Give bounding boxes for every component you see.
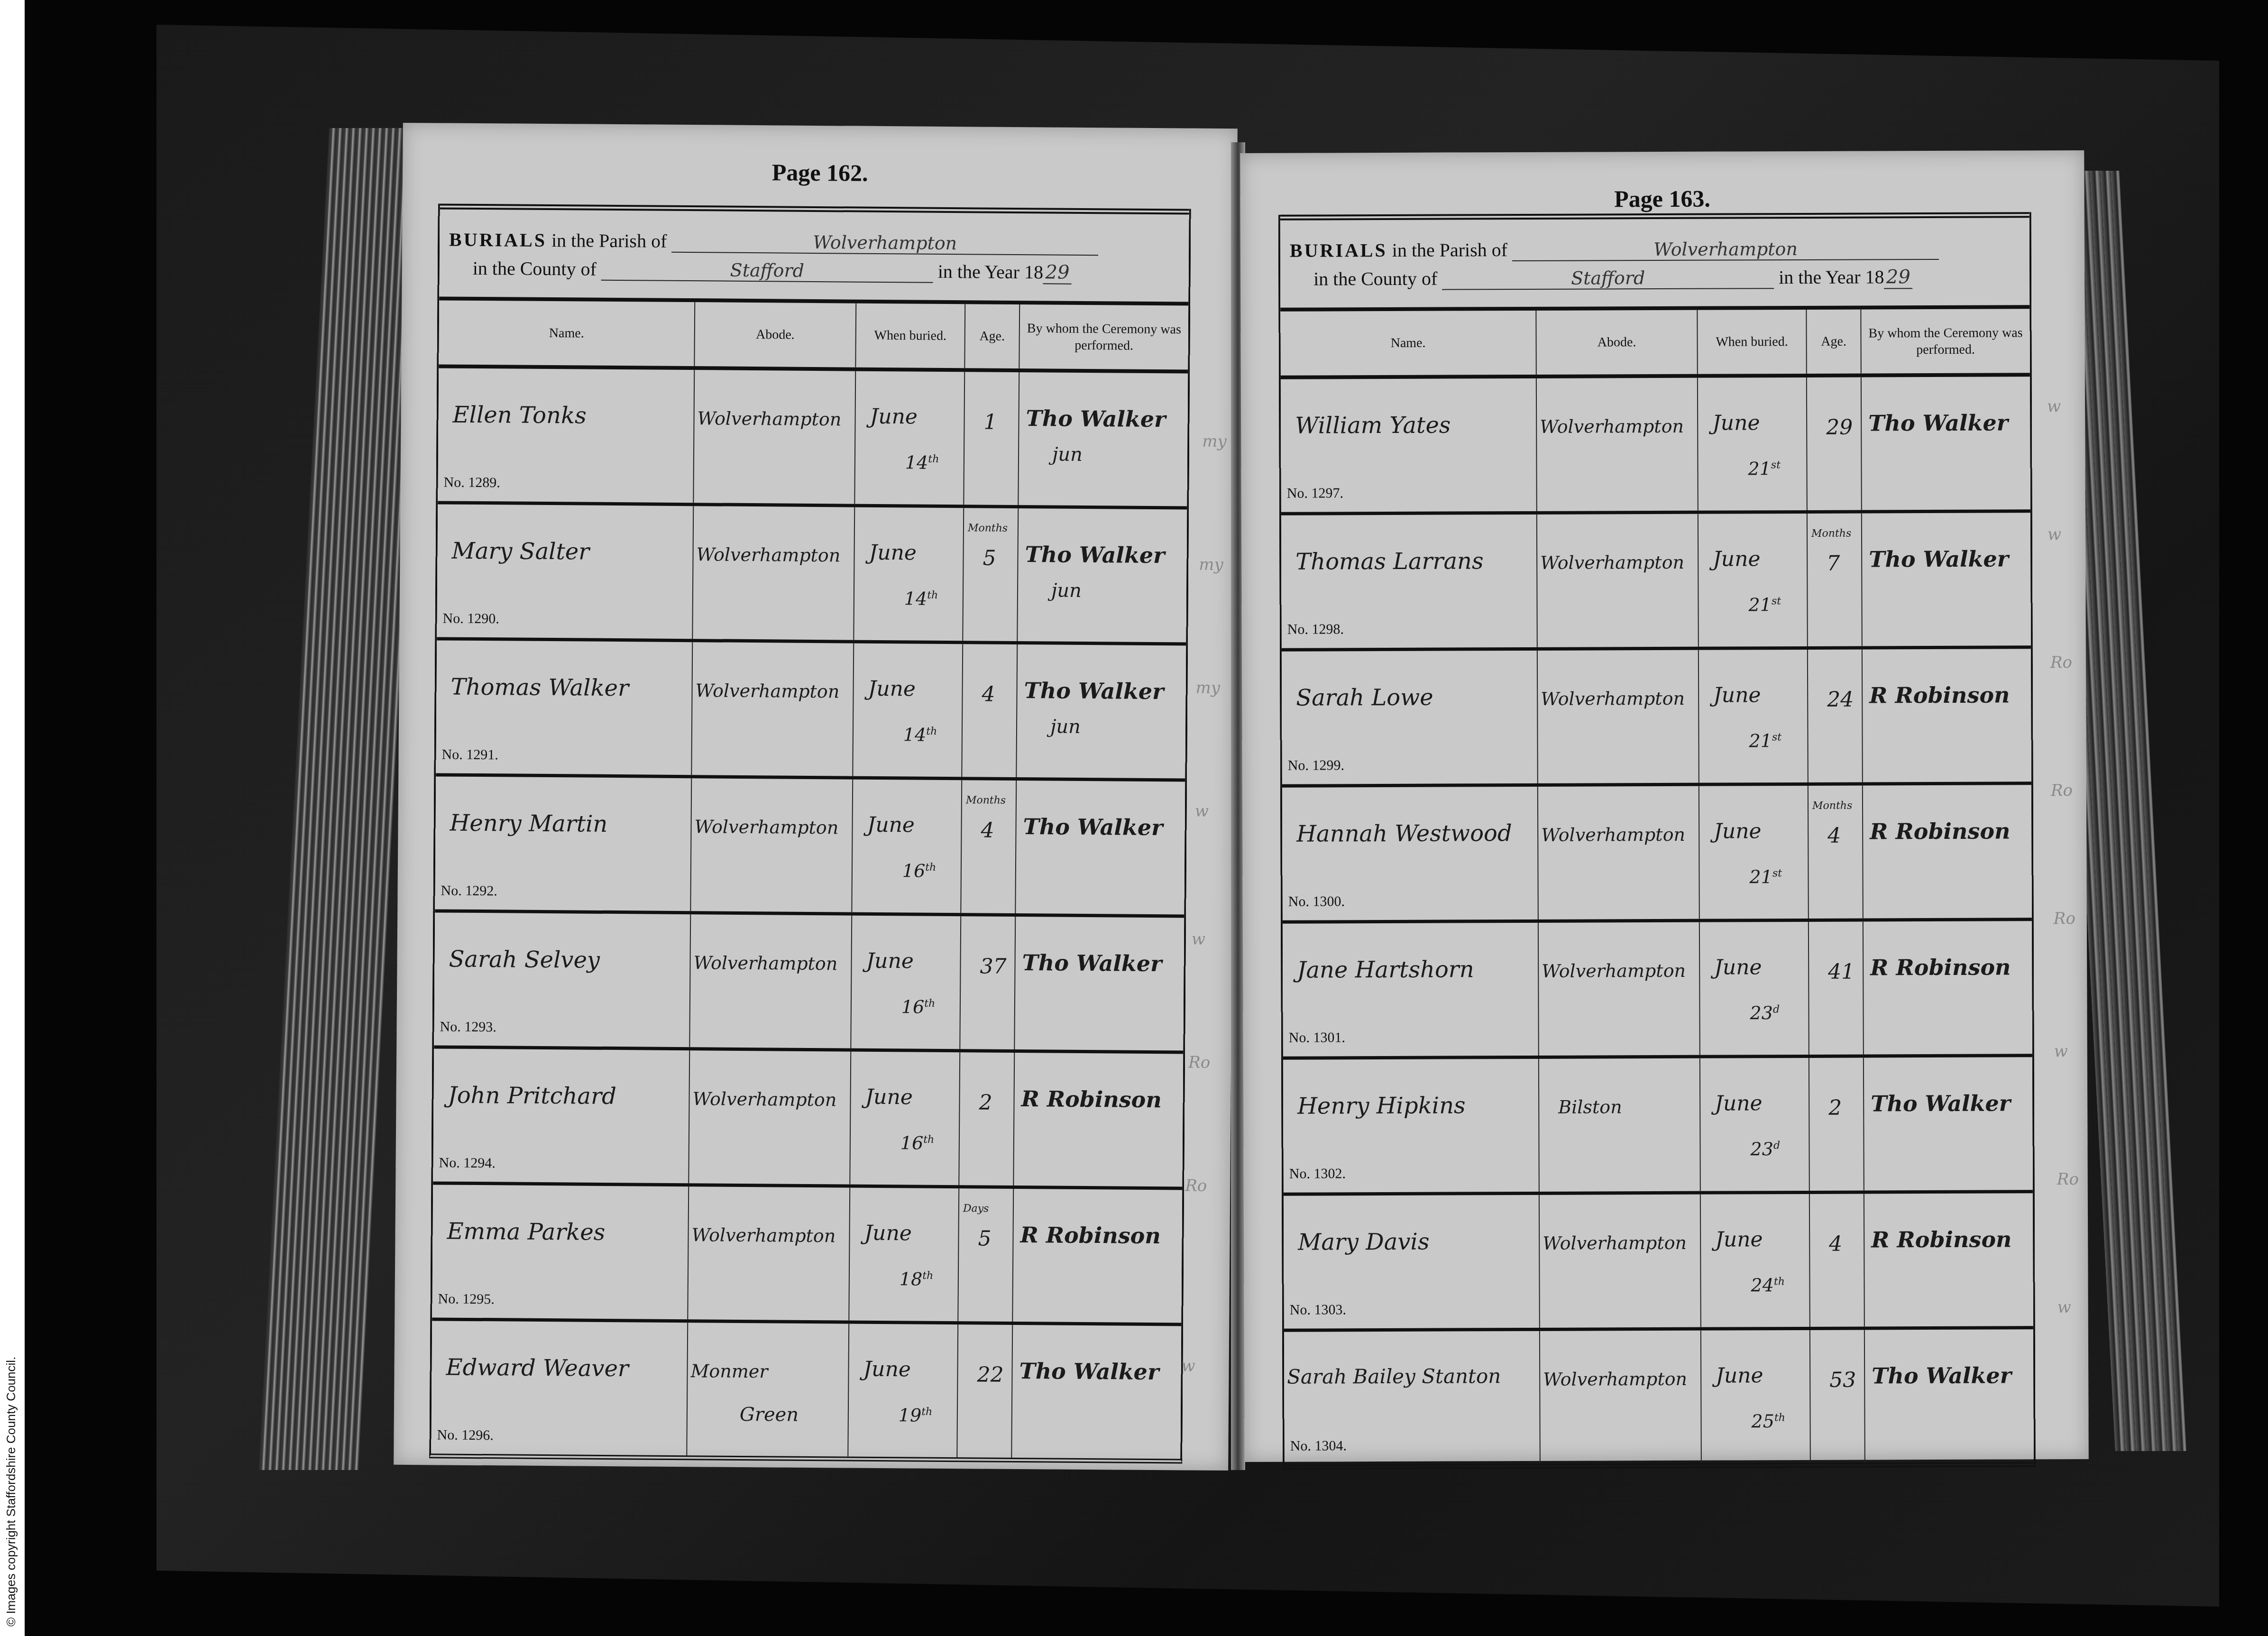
margin-note: my bbox=[1195, 679, 1220, 698]
entry-officiant: Tho Walker bbox=[1868, 410, 2008, 436]
page-number: Page 163. bbox=[1240, 184, 2084, 214]
burial-entry: William YatesNo. 1297. Wolverhampton Jun… bbox=[1281, 377, 2030, 515]
entry-number: No. 1294. bbox=[439, 1155, 495, 1171]
entry-number: No. 1289. bbox=[443, 475, 500, 491]
column-header-name: Name. bbox=[439, 300, 695, 366]
entry-day: 16th bbox=[902, 860, 937, 881]
entry-day: 14th bbox=[904, 588, 938, 609]
register-heading: BURIALS in the Parish of Wolverhampton i… bbox=[1280, 212, 2030, 312]
entry-officiant: R Robinson bbox=[1869, 682, 2010, 708]
burial-entry: John PritchardNo. 1294. Wolverhampton Ju… bbox=[433, 1048, 1183, 1190]
column-header-age: Age. bbox=[965, 304, 1020, 368]
entry-abode: Wolverhampton bbox=[1543, 1369, 1687, 1390]
entry-day: 25th bbox=[1751, 1411, 1785, 1432]
entry-age: 4 bbox=[982, 682, 995, 706]
register-page-162: Page 162. BURIALS in the Parish of Wolve… bbox=[394, 123, 1238, 1471]
burial-entry: Henry HipkinsNo. 1302. Bilston June23d 2… bbox=[1283, 1057, 2033, 1196]
margin-note: w bbox=[2047, 397, 2061, 416]
burial-entry: Hannah WestwoodNo. 1300. Wolverhampton J… bbox=[1282, 785, 2032, 924]
entry-age: 29 bbox=[1826, 415, 1853, 440]
margin-note: Ro bbox=[2057, 1170, 2079, 1189]
burials-title: BURIALS bbox=[449, 229, 547, 251]
copyright-notice: © Images copyright Staffordshire County … bbox=[2, 1228, 20, 1631]
entry-name: Sarah Lowe bbox=[1296, 684, 1433, 711]
entry-month: June bbox=[868, 677, 916, 701]
entry-number: No. 1291. bbox=[441, 746, 498, 763]
entry-month: June bbox=[1715, 1091, 1763, 1115]
entry-abode: Wolverhampton bbox=[697, 408, 841, 430]
entry-age: 2 bbox=[1828, 1096, 1842, 1120]
entry-abode: Wolverhampton bbox=[695, 680, 839, 702]
entry-abode: Wolverhampton bbox=[1541, 824, 1685, 846]
burial-entry: Ellen TonksNo. 1289. Wolverhampton June1… bbox=[438, 368, 1188, 509]
entry-name: Henry Martin bbox=[450, 810, 607, 837]
entry-age: 24 bbox=[1827, 688, 1854, 712]
entry-name: Emma Parkes bbox=[447, 1218, 605, 1246]
burial-entry: Sarah LoweNo. 1299. Wolverhampton June21… bbox=[1282, 649, 2031, 788]
entry-month: June bbox=[1716, 1363, 1763, 1388]
entry-number: No. 1290. bbox=[442, 611, 499, 627]
entry-officiant: Tho Walker bbox=[1872, 1362, 2011, 1388]
entry-month: June bbox=[867, 813, 915, 837]
register-page-163: Page 163. BURIALS in the Parish of Wolve… bbox=[1240, 150, 2089, 1462]
entry-number: No. 1295. bbox=[438, 1291, 494, 1307]
entry-age-unit: Months bbox=[966, 794, 1006, 807]
entry-name: John Pritchard bbox=[448, 1082, 616, 1110]
entry-age: 41 bbox=[1828, 960, 1855, 984]
column-headers: Name. Abode. When buried. Age. By whom t… bbox=[439, 300, 1188, 373]
entry-name: Mary Davis bbox=[1298, 1229, 1429, 1256]
entry-name: Hannah Westwood bbox=[1296, 820, 1512, 847]
entry-age: 5 bbox=[982, 546, 996, 570]
entry-officiant: Tho Walker bbox=[1025, 542, 1165, 568]
entry-abode: Wolverhampton bbox=[693, 952, 837, 974]
column-header-name: Name. bbox=[1280, 311, 1536, 376]
column-header-officiant: By whom the Ceremony was performed. bbox=[1019, 304, 1188, 369]
parish-value: Wolverhampton bbox=[1512, 238, 1939, 261]
entry-abode: Wolverhampton bbox=[692, 1088, 836, 1110]
entry-abode: Wolverhampton bbox=[694, 816, 838, 838]
entry-officiant-suffix: jun bbox=[1052, 443, 1083, 465]
entry-number: No. 1301. bbox=[1289, 1029, 1345, 1046]
entry-age: 22 bbox=[977, 1362, 1003, 1387]
register-heading: BURIALS in the Parish of Wolverhampton i… bbox=[439, 203, 1189, 305]
column-header-abode: Abode. bbox=[695, 302, 856, 367]
burial-entry: Sarah Bailey StantonNo. 1304. Wolverhamp… bbox=[1284, 1329, 2034, 1465]
margin-note: w bbox=[1195, 802, 1209, 821]
burial-entry: Emma ParkesNo. 1295. Wolverhampton June1… bbox=[432, 1185, 1182, 1326]
entry-month: June bbox=[865, 1085, 913, 1110]
margin-note: Ro bbox=[2054, 909, 2075, 928]
entry-age: 5 bbox=[978, 1226, 991, 1250]
entry-officiant: Tho Walker bbox=[1026, 405, 1166, 432]
column-header-age: Age. bbox=[1807, 310, 1861, 374]
entry-abode: Bilston bbox=[1558, 1096, 1622, 1117]
entry-day: 21st bbox=[1748, 458, 1781, 479]
burial-entry: Mary DavisNo. 1303. Wolverhampton June24… bbox=[1284, 1193, 2033, 1332]
entry-name: Ellen Tonks bbox=[452, 402, 587, 429]
entry-number: No. 1299. bbox=[1288, 757, 1344, 773]
column-headers: Name. Abode. When buried. Age. By whom t… bbox=[1280, 309, 2029, 379]
entry-number: No. 1300. bbox=[1288, 893, 1345, 910]
entry-age: 1 bbox=[983, 410, 997, 434]
entry-name: Sarah Bailey Stanton bbox=[1287, 1364, 1501, 1388]
entry-day: 21st bbox=[1749, 866, 1782, 887]
parish-value: Wolverhampton bbox=[671, 231, 1098, 256]
parish-label: in the Parish of bbox=[1392, 239, 1507, 261]
entry-day: 16th bbox=[900, 1132, 935, 1153]
entry-month: June bbox=[864, 1221, 912, 1246]
parish-label: in the Parish of bbox=[551, 230, 667, 252]
burial-entry: Thomas WalkerNo. 1291. Wolverhampton Jun… bbox=[436, 640, 1186, 781]
entry-abode: Wolverhampton bbox=[696, 544, 840, 566]
margin-note: w bbox=[1192, 930, 1205, 949]
entry-abode: Monmer bbox=[690, 1360, 768, 1382]
entry-number: No. 1303. bbox=[1290, 1302, 1346, 1318]
year-label: in the Year 18 bbox=[1779, 266, 1884, 288]
entry-month: June bbox=[1713, 547, 1761, 571]
entry-name: Edward Weaver bbox=[446, 1354, 629, 1382]
entry-day: 24th bbox=[1751, 1275, 1785, 1296]
entry-officiant: Tho Walker bbox=[1024, 678, 1164, 704]
entry-abode: Wolverhampton bbox=[1541, 688, 1685, 709]
entry-officiant: R Robinson bbox=[1870, 954, 2011, 980]
entry-month: June bbox=[863, 1357, 911, 1382]
entry-month: June bbox=[866, 949, 914, 974]
entry-officiant-suffix: jun bbox=[1050, 716, 1081, 737]
entry-abode: Wolverhampton bbox=[1543, 1232, 1687, 1254]
entry-day: 23d bbox=[1750, 1002, 1780, 1023]
margin-note: Ro bbox=[2050, 653, 2072, 672]
entry-officiant: Tho Walker bbox=[1023, 814, 1163, 840]
year-label: in the Year 18 bbox=[938, 261, 1044, 283]
entry-age-unit: Months bbox=[1812, 800, 1852, 812]
burial-entry: Henry MartinNo. 1292. Wolverhampton June… bbox=[435, 776, 1185, 918]
entry-month: June bbox=[1714, 819, 1762, 843]
entry-name: Jane Hartshorn bbox=[1297, 956, 1474, 983]
entry-abode: Wolverhampton bbox=[1540, 416, 1684, 437]
entry-month: June bbox=[1712, 411, 1760, 435]
entry-abode: Wolverhampton bbox=[1540, 552, 1684, 573]
page-number: Page 162. bbox=[403, 156, 1237, 189]
entry-age: 37 bbox=[980, 954, 1006, 978]
entry-number: No. 1302. bbox=[1289, 1166, 1346, 1182]
margin-note: w bbox=[2054, 1042, 2068, 1061]
burial-register-table: BURIALS in the Parish of Wolverhampton i… bbox=[429, 203, 1191, 1463]
entry-name: Henry Hipkins bbox=[1297, 1092, 1466, 1119]
entry-number: No. 1296. bbox=[437, 1427, 493, 1443]
entry-name: Thomas Walker bbox=[450, 674, 629, 702]
entry-age: 53 bbox=[1829, 1368, 1856, 1392]
county-value: Stafford bbox=[1442, 267, 1774, 290]
entry-abode-line2: Green bbox=[740, 1404, 799, 1426]
column-header-officiant: By whom the Ceremony was performed. bbox=[1861, 309, 2029, 373]
year-value: 29 bbox=[1043, 261, 1072, 284]
entry-month: June bbox=[1715, 1227, 1763, 1251]
entry-age-unit: Days bbox=[963, 1203, 989, 1214]
entry-number: No. 1304. bbox=[1290, 1438, 1347, 1454]
entry-officiant: Tho Walker bbox=[1022, 950, 1162, 976]
entry-officiant: Tho Walker bbox=[1871, 1090, 2011, 1116]
entry-day: 21st bbox=[1749, 730, 1781, 751]
burials-title: BURIALS bbox=[1290, 239, 1387, 261]
column-header-when-buried: When buried. bbox=[1698, 310, 1807, 374]
entry-abode: Wolverhampton bbox=[691, 1224, 836, 1246]
entry-officiant: R Robinson bbox=[1870, 818, 2010, 844]
burial-entry: Jane HartshornNo. 1301. Wolverhampton Ju… bbox=[1283, 921, 2032, 1060]
county-label: in the County of bbox=[473, 257, 597, 280]
entry-day: 21st bbox=[1748, 594, 1781, 615]
column-header-when-buried: When buried. bbox=[856, 303, 965, 368]
entry-number: No. 1293. bbox=[440, 1019, 496, 1035]
entry-day: 18th bbox=[900, 1268, 934, 1289]
entry-officiant: Tho Walker bbox=[1019, 1358, 1159, 1385]
burial-entry: Mary SalterNo. 1290. Wolverhampton June1… bbox=[437, 504, 1187, 645]
entry-number: No. 1292. bbox=[441, 882, 497, 899]
entry-officiant: R Robinson bbox=[1871, 1226, 2011, 1252]
entry-age-unit: Months bbox=[968, 522, 1008, 534]
margin-note: Ro bbox=[2051, 781, 2073, 800]
margin-note: my bbox=[1199, 555, 1223, 574]
burial-entry: Thomas LarransNo. 1298. Wolverhampton Ju… bbox=[1281, 513, 2031, 652]
burial-entry: Edward WeaverNo. 1296. MonmerGreen June1… bbox=[431, 1321, 1181, 1459]
column-header-abode: Abode. bbox=[1536, 310, 1698, 375]
burial-entry: Sarah SelveyNo. 1293. Wolverhampton June… bbox=[434, 912, 1184, 1054]
county-value: Stafford bbox=[601, 259, 933, 283]
entry-age: 7 bbox=[1827, 551, 1840, 576]
entry-officiant-suffix: jun bbox=[1051, 579, 1082, 601]
entry-month: June bbox=[1713, 683, 1761, 707]
entry-day: 14th bbox=[903, 724, 937, 745]
entry-age: 2 bbox=[979, 1090, 992, 1114]
entry-age: 4 bbox=[981, 818, 994, 842]
entry-name: Thomas Larrans bbox=[1295, 548, 1484, 575]
margin-note: Ro bbox=[1185, 1176, 1207, 1195]
entry-day: 14th bbox=[905, 452, 939, 473]
margin-note: w bbox=[2057, 1298, 2071, 1317]
entry-month: June bbox=[869, 541, 917, 565]
entry-month: June bbox=[1714, 955, 1762, 979]
entry-name: William Yates bbox=[1295, 412, 1451, 439]
entry-officiant: R Robinson bbox=[1021, 1086, 1162, 1112]
margin-note: w bbox=[2048, 525, 2061, 544]
entry-officiant: Tho Walker bbox=[1869, 546, 2009, 572]
entry-age: 4 bbox=[1829, 1232, 1842, 1256]
margin-note: w bbox=[1181, 1356, 1195, 1375]
margin-note: Ro bbox=[1188, 1053, 1210, 1072]
county-label: in the County of bbox=[1313, 268, 1437, 290]
entry-age: 4 bbox=[1827, 824, 1841, 848]
entry-month: June bbox=[870, 404, 918, 429]
entry-day: 23d bbox=[1750, 1139, 1780, 1159]
year-value: 29 bbox=[1884, 266, 1912, 289]
entry-name: Sarah Selvey bbox=[449, 946, 600, 974]
entry-number: No. 1298. bbox=[1287, 621, 1344, 637]
entry-age-unit: Months bbox=[1811, 528, 1851, 540]
entry-day: 19th bbox=[899, 1405, 933, 1425]
burial-register-table: BURIALS in the Parish of Wolverhampton i… bbox=[1278, 212, 2036, 1470]
entry-officiant: R Robinson bbox=[1020, 1222, 1161, 1249]
entry-abode: Wolverhampton bbox=[1542, 960, 1686, 982]
entry-day: 16th bbox=[901, 996, 936, 1017]
margin-note: my bbox=[1202, 432, 1227, 451]
entry-number: No. 1297. bbox=[1287, 485, 1343, 501]
entry-name: Mary Salter bbox=[451, 538, 589, 565]
